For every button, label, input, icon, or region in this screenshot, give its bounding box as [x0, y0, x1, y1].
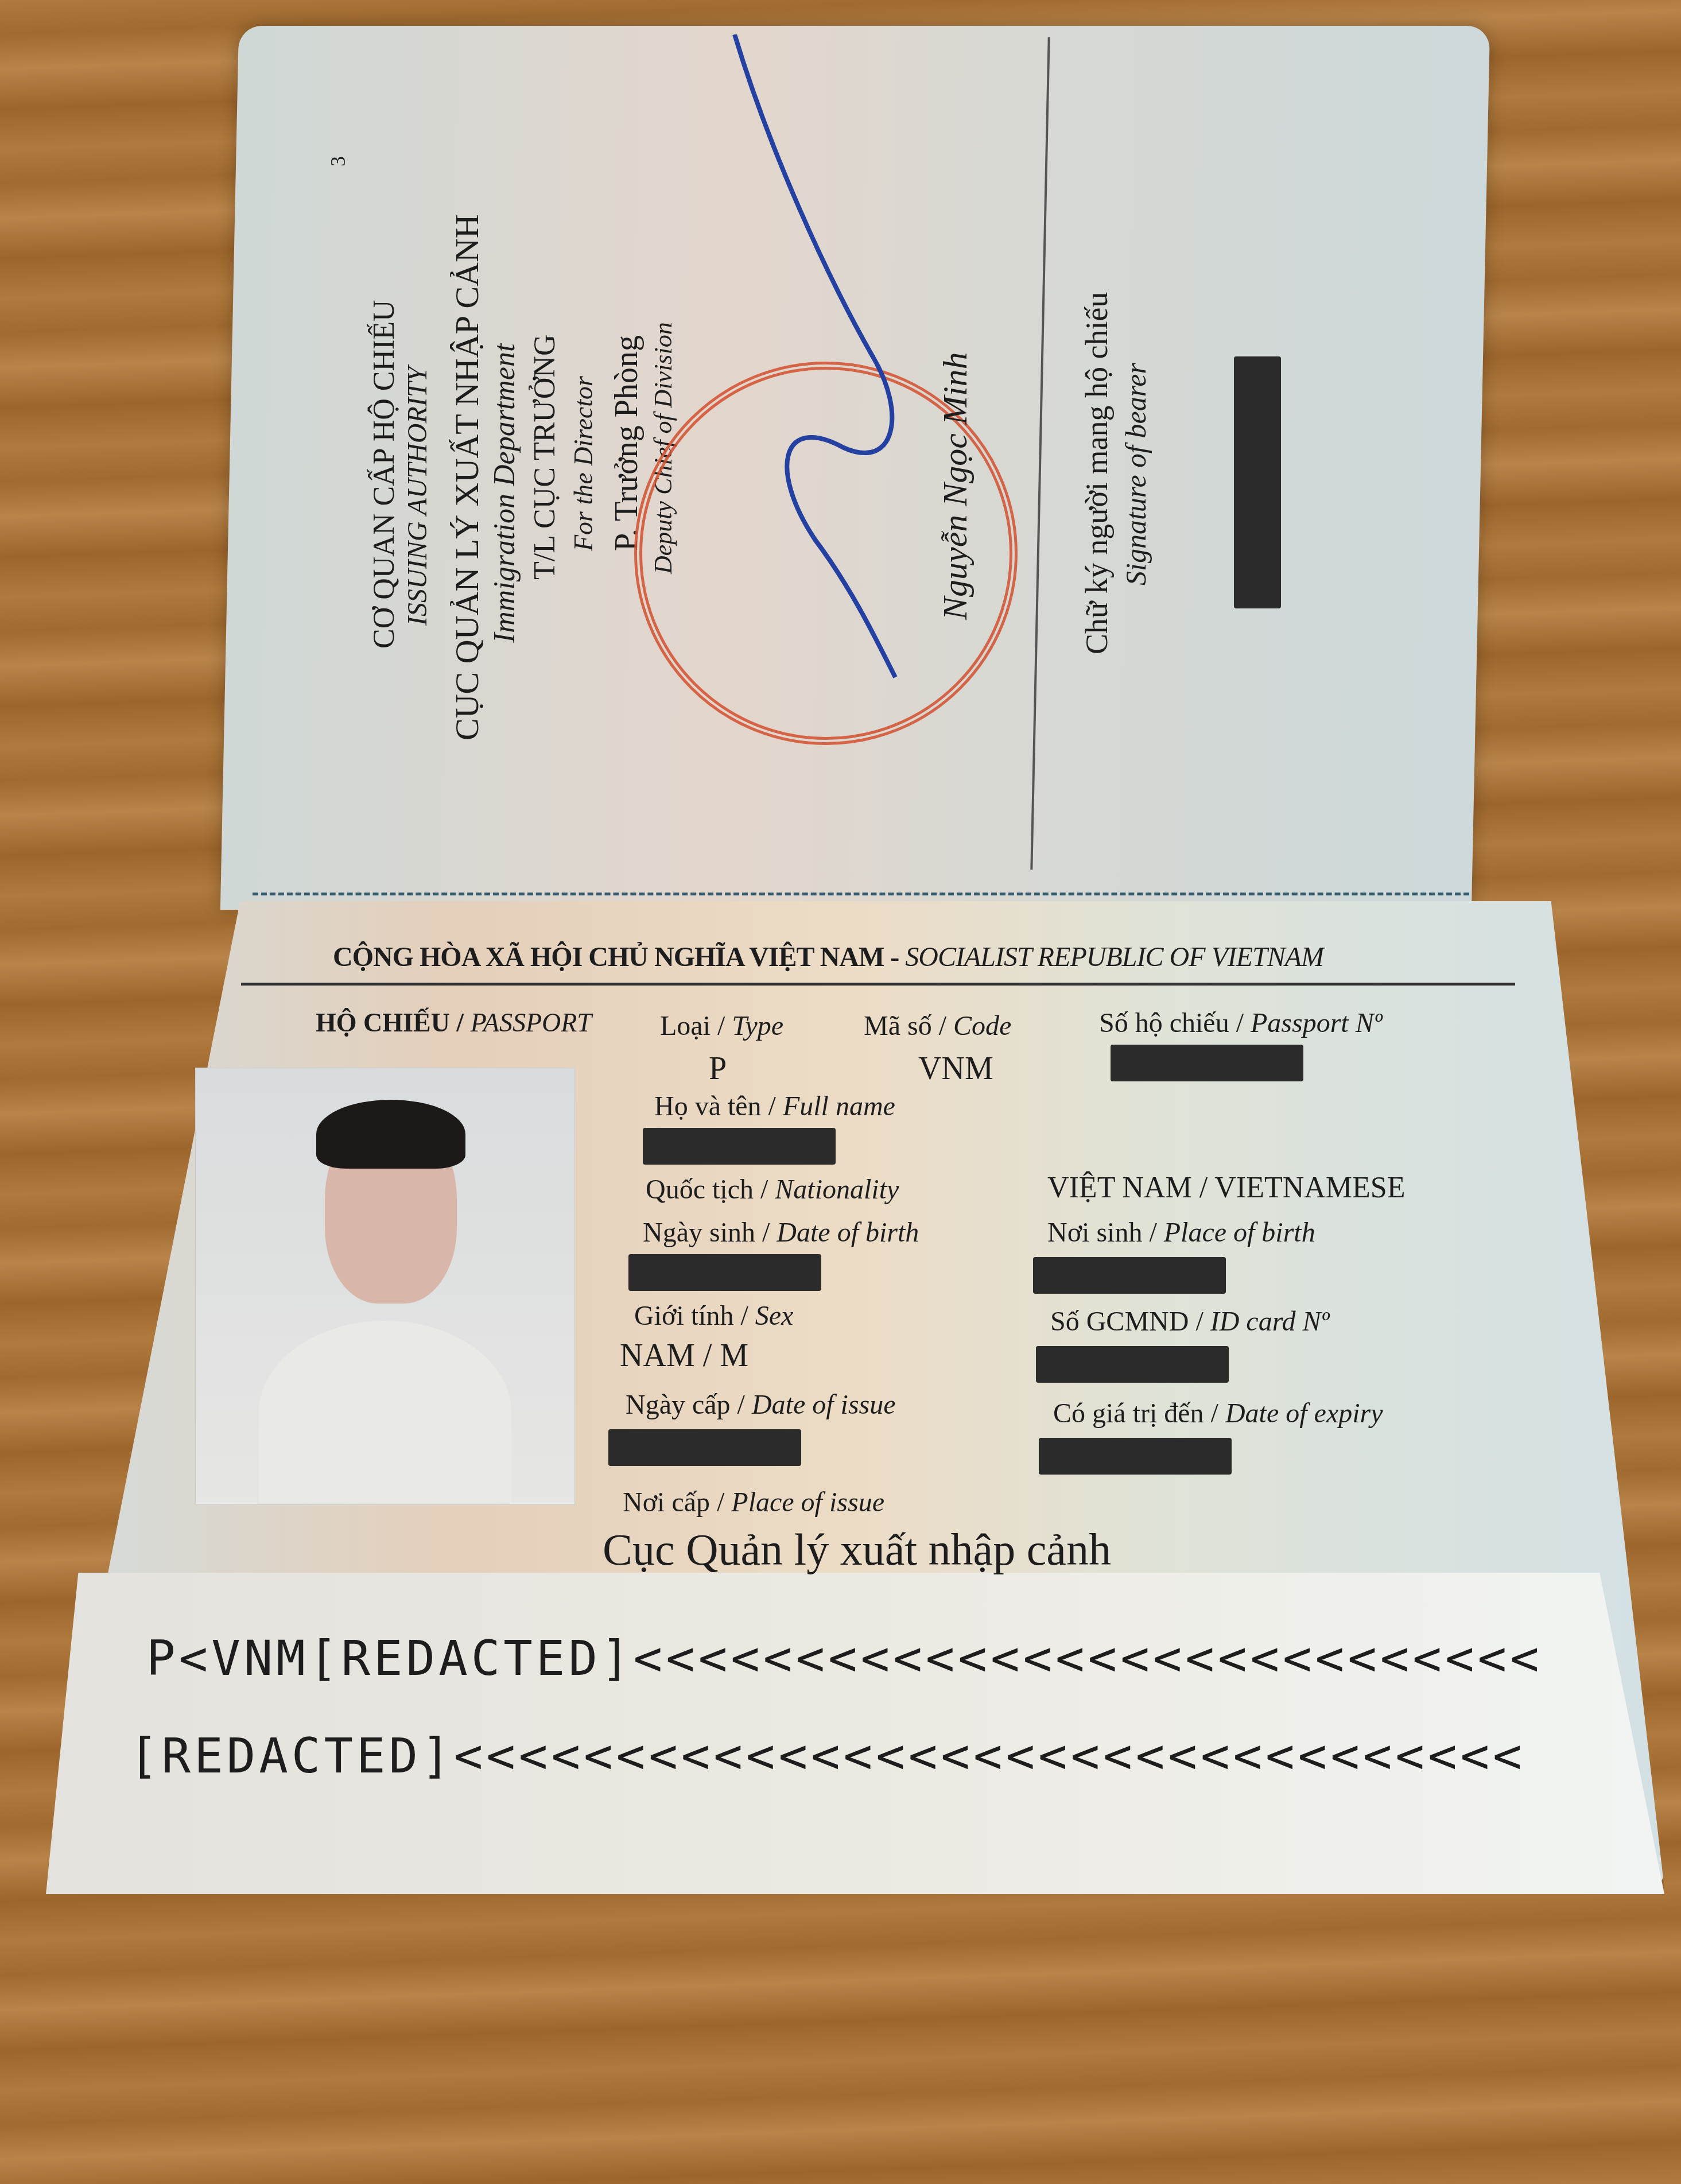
page-divider [1030, 37, 1050, 870]
mrz-line-2: [REDACTED]<<<<<<<<<<<<<<<<<<<<<<<<<<<<<<… [129, 1728, 1525, 1784]
sex-label: Giới tính / Sex [634, 1300, 793, 1332]
issue-place-label: Nơi cấp / Place of issue [623, 1487, 884, 1518]
type-label: Loại / Type [660, 1010, 783, 1042]
official-name: Nguyễn Ngọc Minh [935, 352, 975, 620]
authority-line-2: ISSUING AUTHORITY [402, 367, 433, 626]
issue-date-redacted: [REDACTED] [608, 1429, 801, 1466]
authority-line-4: Immigration Department [488, 344, 522, 643]
country-header: CỘNG HÒA XÃ HỘI CHỦ NGHĨA VIỆT NAM - SOC… [333, 941, 1323, 973]
authority-line-3: CỤC QUẢN LÝ XUẤT NHẬP CẢNH [448, 214, 486, 740]
header-rule [241, 983, 1515, 986]
passport-no-label: Số hộ chiếu / Passport Nº [1099, 1007, 1383, 1039]
type-value: P [709, 1050, 727, 1087]
authority-line-5: T/L CỤC TRƯỞNG [528, 335, 562, 580]
passport-no-redacted: [REDACTED] [1111, 1045, 1303, 1081]
pob-redacted: [REDACTED] [1033, 1257, 1226, 1294]
full-name-redacted: [REDACTED] [643, 1128, 836, 1165]
id-no-redacted: [REDACTED] [1036, 1346, 1229, 1383]
issue-place-value: Cục Quản lý xuất nhập cảnh [603, 1524, 1111, 1576]
authority-line-1: CƠ QUAN CẤP HỘ CHIẾU [367, 300, 401, 649]
expiry-date-redacted: [REDACTED] [1039, 1438, 1232, 1475]
page-fold [253, 893, 1469, 895]
code-value: VNM [918, 1050, 993, 1087]
pob-label: Nơi sinh / Place of birth [1047, 1217, 1315, 1248]
issue-date-label: Ngày cấp / Date of issue [626, 1389, 896, 1421]
bearer-signature-redacted: [REDACTED] [1234, 356, 1281, 608]
page-number: 3 [326, 156, 350, 166]
document-label: HỘ CHIẾU / PASSPORT [316, 1007, 592, 1038]
bearer-signature-label-en: Signature of bearer [1119, 363, 1152, 585]
authority-line-6: For the Director [568, 376, 599, 551]
expiry-date-label: Có giá trị đến / Date of expiry [1053, 1398, 1383, 1429]
nationality-value: VIỆT NAM / VIETNAMESE [1047, 1171, 1406, 1205]
mrz-line-1: P<VNM[REDACTED]<<<<<<<<<<<<<<<<<<<<<<<<<… [146, 1630, 1543, 1686]
bearer-signature-label: Chữ ký người mang hộ chiếu [1079, 292, 1115, 654]
dob-redacted: [REDACTED] [628, 1254, 821, 1291]
id-no-label: Số GCMND / ID card Nº [1050, 1306, 1329, 1337]
sex-value: NAM / M [620, 1337, 748, 1374]
nationality-label: Quốc tịch / Nationality [646, 1174, 899, 1205]
full-name-label: Họ và tên / Full name [654, 1091, 895, 1122]
code-label: Mã số / Code [864, 1010, 1011, 1042]
holder-photo [195, 1068, 575, 1505]
dob-label: Ngày sinh / Date of birth [643, 1217, 919, 1248]
